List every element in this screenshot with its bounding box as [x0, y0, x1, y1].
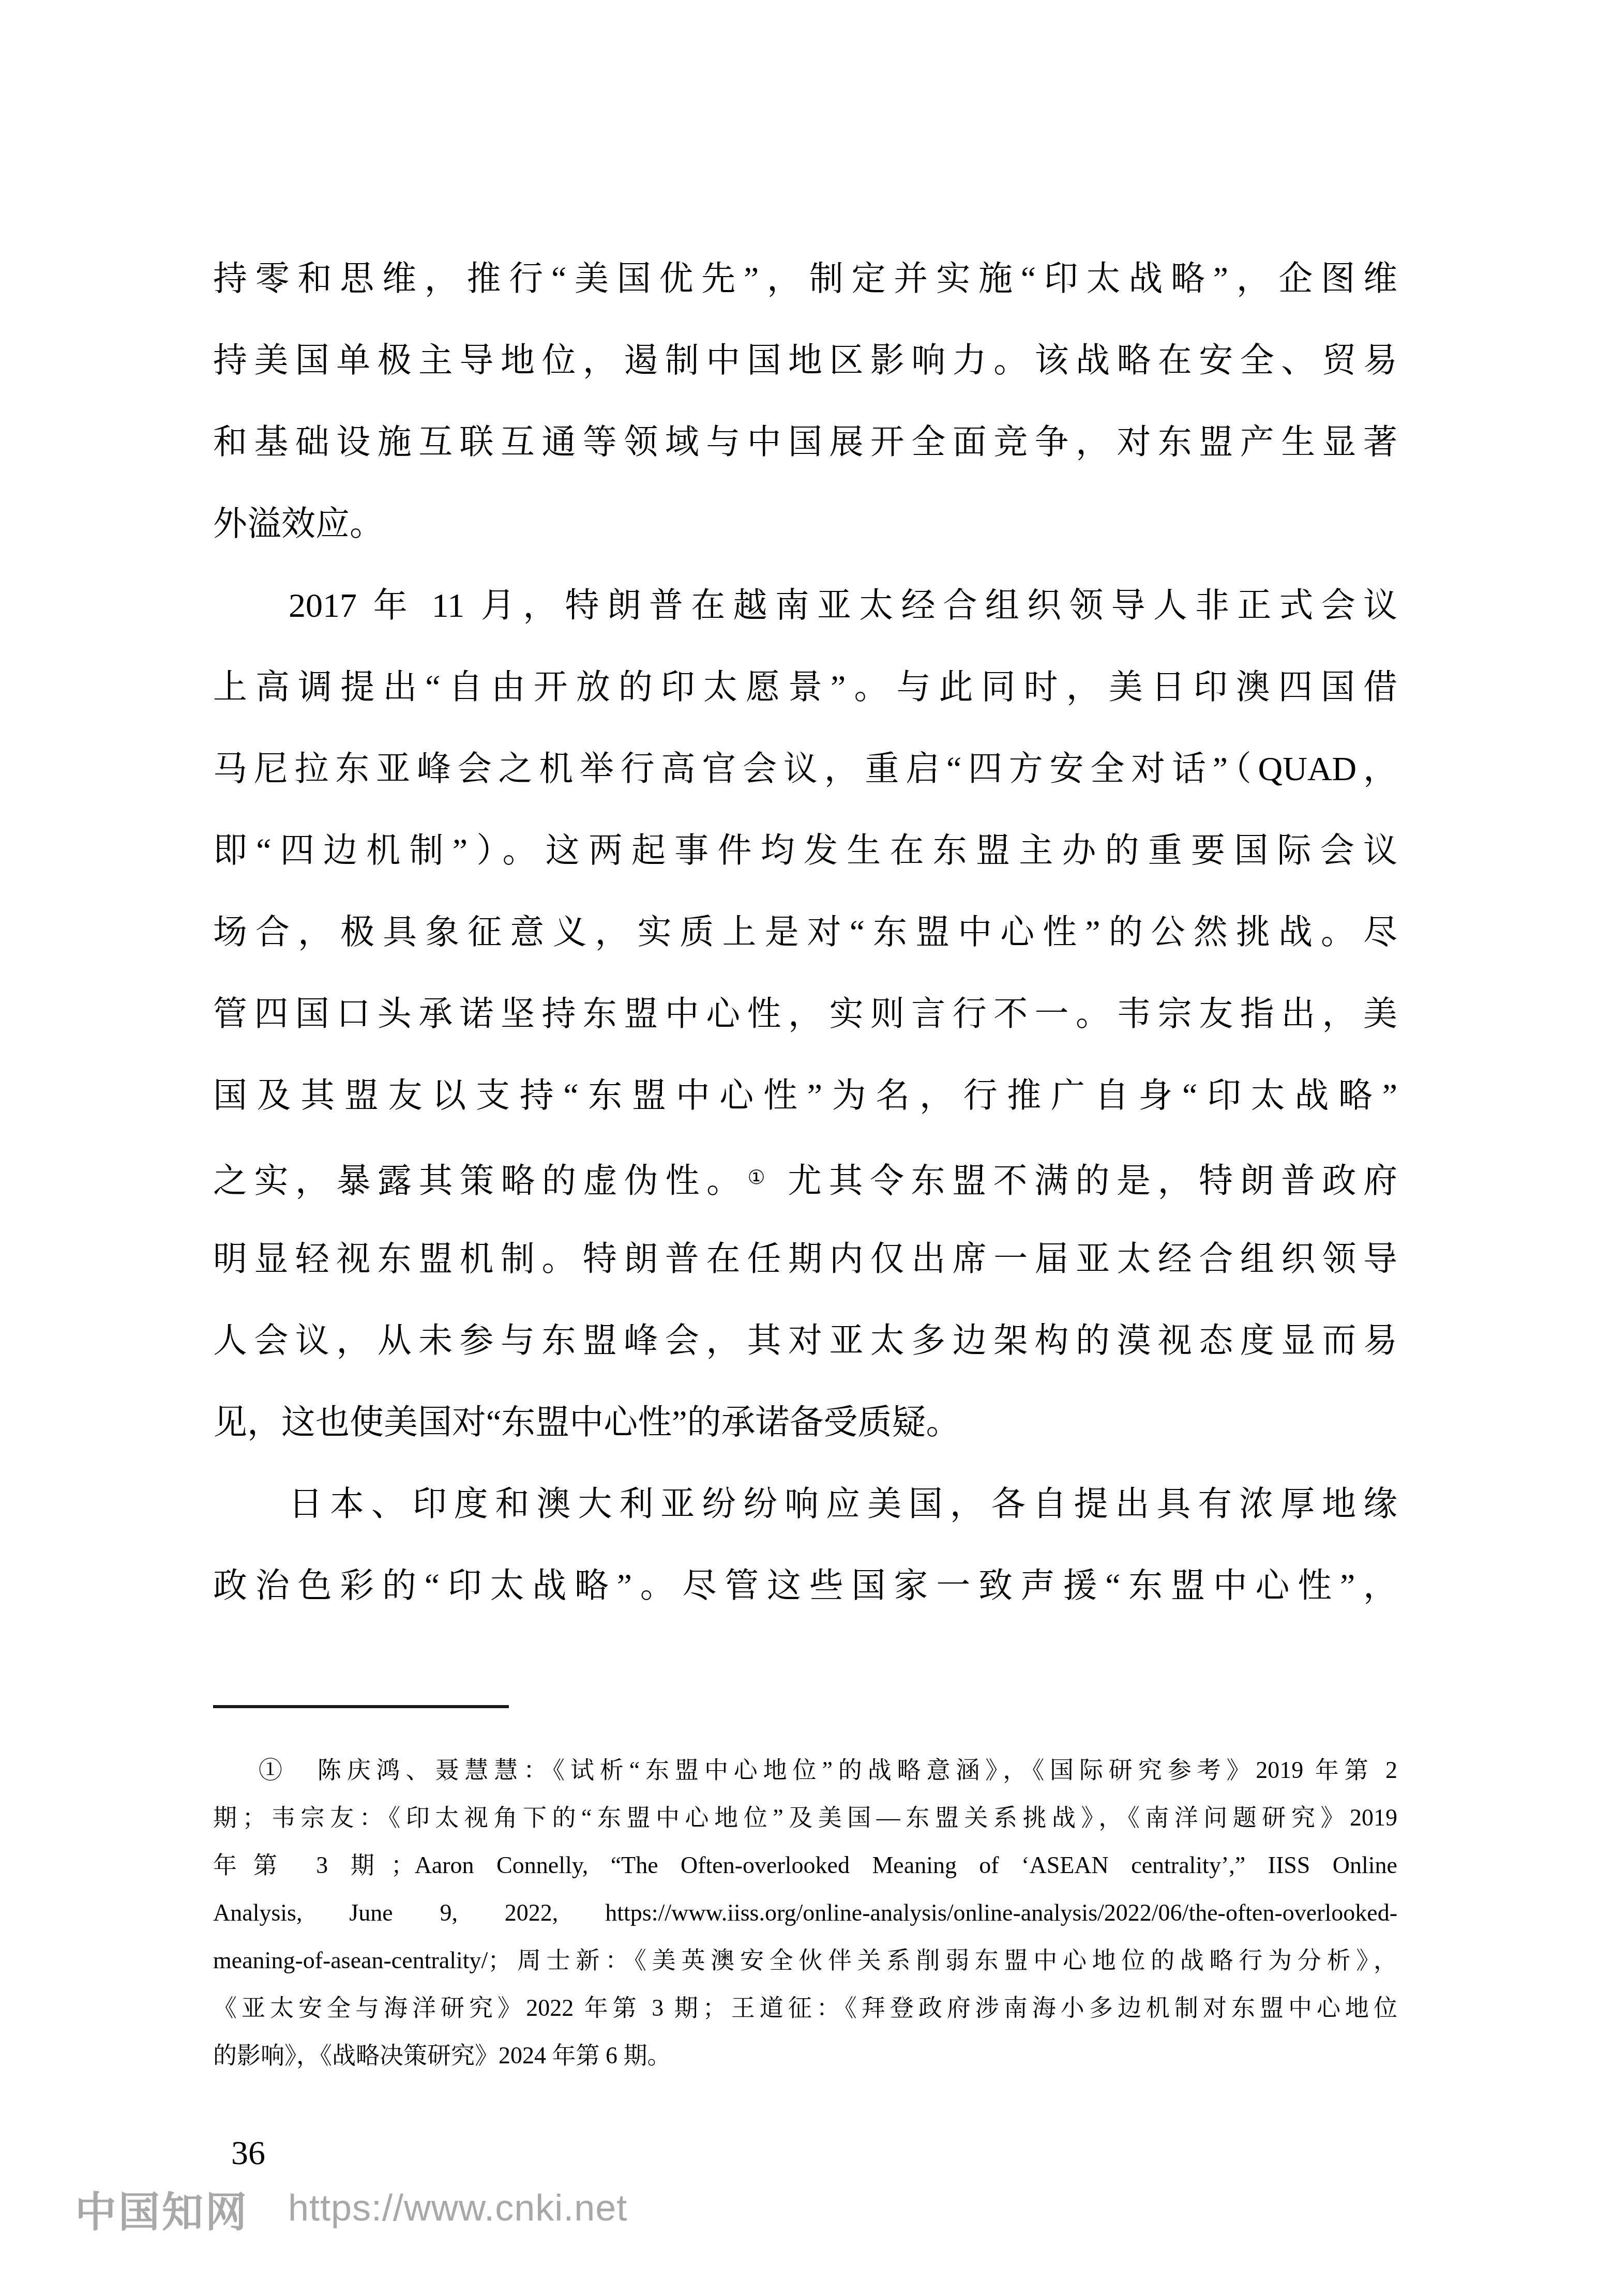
footnote-line: 《亚太安全与海洋研究》2022 年第 3 期；王道征：《拜登政府涉南海小多边机制…: [213, 1984, 1397, 2032]
text-segment: 持美国单极主导地位，遏制中国地区影响力。该战略在安全、贸易: [213, 342, 1397, 379]
body-line: 即“四边机制”）。这两起事件均发生在东盟主办的重要国际会议: [213, 810, 1397, 892]
footnote-line: 年第 3 期；Aaron Connelly, “The Often-overlo…: [213, 1842, 1397, 1889]
text-segment: 上高调提出“自由开放的印太愿景”。与此同时，美日印澳四国借: [213, 668, 1397, 706]
text-segment: 《亚太安全与海洋研究》2022 年第 3 期；王道征：《拜登政府涉南海小多边机制…: [213, 1995, 1397, 2021]
body-line: 见，这也使美国对“东盟中心性”的承诺备受质疑。: [213, 1382, 1397, 1464]
cnki-url: https://www.cnki.net: [288, 2187, 627, 2229]
body-line: 持零和思维，推行“美国优先”，制定并实施“印太战略”，企图维: [213, 238, 1397, 320]
body-line: 之实，暴露其策略的虚伪性。① 尤其令东盟不满的是，特朗普政府: [213, 1137, 1397, 1219]
text-segment: 年第 3 期；Aaron Connelly, “The Often-overlo…: [213, 1852, 1397, 1878]
body-line: 国及其盟友以支持“东盟中心性”为名，行推广自身“印太战略”: [213, 1055, 1397, 1137]
text-segment: Analysis, June 9, 2022, https://www.iiss…: [213, 1899, 1397, 1926]
text-segment: 持零和思维，推行“美国优先”，制定并实施“印太战略”，企图维: [213, 260, 1397, 298]
footnote-line: meaning-of-asean-centrality/；周士新：《美英澳安全伙…: [213, 1937, 1397, 1984]
text-segment: 的影响》，《战略决策研究》2024 年第 6 期。: [213, 2042, 671, 2069]
body-line: 2017 年 11 月，特朗普在越南亚太经合组织领导人非正式会议: [213, 565, 1397, 647]
text-segment: 国及其盟友以支持“东盟中心性”为名，行推广自身“印太战略”: [213, 1077, 1397, 1115]
document-page: 持零和思维，推行“美国优先”，制定并实施“印太战略”，企图维持美国单极主导地位，…: [0, 0, 1613, 2296]
body-text: 持零和思维，推行“美国优先”，制定并实施“印太战略”，企图维持美国单极主导地位，…: [213, 238, 1397, 1627]
footnote-line: 期；韦宗友：《印太视角下的“东盟中心地位”及美国—东盟关系挑战》，《南洋问题研究…: [213, 1794, 1397, 1842]
text-segment: 之实，暴露其策略的虚伪性。: [213, 1162, 747, 1200]
text-segment: 外溢效应。: [213, 505, 384, 543]
footnote-line: 的影响》，《战略决策研究》2024 年第 6 期。: [213, 2032, 1397, 2079]
body-line: 上高调提出“自由开放的印太愿景”。与此同时，美日印澳四国借: [213, 647, 1397, 728]
body-line: 场合，极具象征意义，实质上是对“东盟中心性”的公然挑战。尽: [213, 892, 1397, 974]
cnki-watermark: 中国知网 https://www.cnki.net: [75, 2186, 627, 2230]
footnote-line: ① 陈庆鸿、聂慧慧：《试析“东盟中心地位”的战略意涵》，《国际研究参考》2019…: [213, 1746, 1397, 1794]
text-segment: 见，这也使美国对“东盟中心性”的承诺备受质疑。: [213, 1404, 960, 1441]
footnote-ref-marker: ①: [747, 1167, 772, 1189]
cnki-logo-text: 中国知网: [75, 2179, 249, 2238]
text-segment: 管四国口头承诺坚持东盟中心性，实则言行不一。韦宗友指出，美: [213, 995, 1397, 1033]
text-segment: 明显轻视东盟机制。特朗普在任期内仅出席一届亚太经合组织领导: [213, 1240, 1397, 1278]
text-segment: 期；韦宗友：《印太视角下的“东盟中心地位”及美国—东盟关系挑战》，《南洋问题研究…: [213, 1804, 1397, 1831]
footnote-divider: [213, 1705, 509, 1708]
text-segment: 政治色彩的“印太战略”。尽管这些国家一致声援“东盟中心性”，: [213, 1567, 1397, 1605]
page-number: 36: [231, 2136, 265, 2170]
text-segment: 2017 年 11 月，特朗普在越南亚太经合组织领导人非正式会议: [289, 587, 1397, 625]
text-segment: meaning-of-asean-centrality/；周士新：《美英澳安全伙…: [213, 1947, 1397, 1973]
text-segment: 场合，极具象征意义，实质上是对“东盟中心性”的公然挑战。尽: [213, 914, 1397, 951]
text-segment: 即“四边机制”）。这两起事件均发生在东盟主办的重要国际会议: [213, 832, 1397, 870]
body-line: 明显轻视东盟机制。特朗普在任期内仅出席一届亚太经合组织领导: [213, 1219, 1397, 1300]
text-segment: 和基础设施互联互通等领域与中国展开全面竞争，对东盟产生显著: [213, 423, 1397, 461]
body-line: 持美国单极主导地位，遏制中国地区影响力。该战略在安全、贸易: [213, 320, 1397, 402]
body-line: 日本、印度和澳大利亚纷纷响应美国，各自提出具有浓厚地缘: [213, 1464, 1397, 1545]
body-line: 和基础设施互联互通等领域与中国展开全面竞争，对东盟产生显著: [213, 402, 1397, 483]
body-line: 人会议，从未参与东盟峰会，其对亚太多边架构的漠视态度显而易: [213, 1300, 1397, 1382]
text-segment: 日本、印度和澳大利亚纷纷响应美国，各自提出具有浓厚地缘: [289, 1485, 1397, 1523]
text-segment: 马尼拉东亚峰会之机举行高官会议，重启“四方安全对话”（QUAD，: [213, 750, 1397, 788]
text-segment: 尤其令东盟不满的是，特朗普政府: [772, 1162, 1397, 1200]
footnote-line: Analysis, June 9, 2022, https://www.iiss…: [213, 1889, 1397, 1937]
text-segment: 人会议，从未参与东盟峰会，其对亚太多边架构的漠视态度显而易: [213, 1322, 1397, 1360]
body-line: 政治色彩的“印太战略”。尽管这些国家一致声援“东盟中心性”，: [213, 1545, 1397, 1627]
body-line: 马尼拉东亚峰会之机举行高官会议，重启“四方安全对话”（QUAD，: [213, 728, 1397, 810]
body-line: 外溢效应。: [213, 483, 1397, 565]
text-segment: ① 陈庆鸿、聂慧慧：《试析“东盟中心地位”的战略意涵》，《国际研究参考》2019…: [259, 1757, 1397, 1783]
footnotes: ① 陈庆鸿、聂慧慧：《试析“东盟中心地位”的战略意涵》，《国际研究参考》2019…: [213, 1746, 1397, 2079]
body-line: 管四国口头承诺坚持东盟中心性，实则言行不一。韦宗友指出，美: [213, 974, 1397, 1055]
